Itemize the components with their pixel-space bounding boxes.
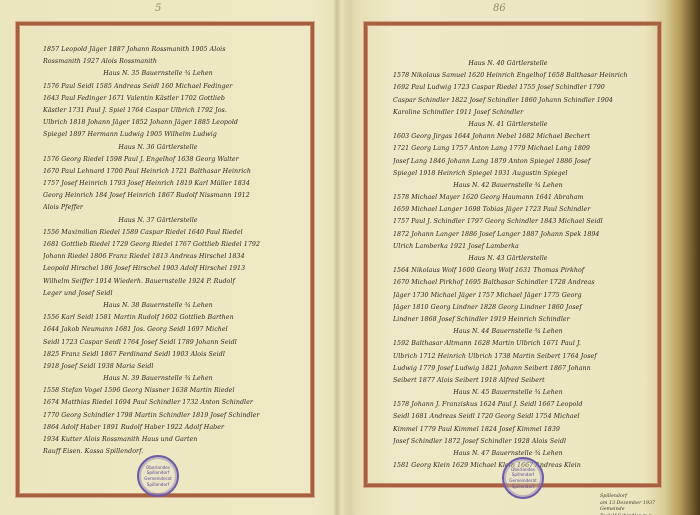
owner-entry-line: 1770 Georg Schindler 1798 Martin Schindl… <box>43 410 303 422</box>
owner-entry-line: 1674 Matthias Riedel 1694 Paul Schindler… <box>43 397 303 409</box>
owner-entry-line: Karoline Schindler 1911 Josef Schindler <box>393 107 653 119</box>
owner-entry-line: 1576 Georg Riedel 1598 Paul J. Engelhof … <box>43 154 303 166</box>
house-heading: Haus N. 43 Gärtlerstelle <box>393 253 653 265</box>
owner-entry-line: 1556 Karl Seidl 1581 Martin Rudolf 1602 … <box>43 312 303 324</box>
owner-entry-line: Jäger 1810 Georg Lindner 1828 Georg Lind… <box>393 302 653 314</box>
book-gutter <box>333 0 341 515</box>
house-heading: Haus N. 37 Gärtlerstelle <box>43 215 303 227</box>
owner-entry-line: 1721 Georg Lang 1757 Anton Lang 1779 Mic… <box>393 143 653 155</box>
owner-entry-line: Lindner 1868 Josef Schindler 1919 Heinri… <box>393 314 653 326</box>
owner-entry-line: 1592 Balthasar Altmann 1628 Martin Ulbri… <box>393 338 653 350</box>
owner-entry-line: Ulbrich 1818 Johann Jäger 1852 Johann Jä… <box>43 117 303 129</box>
owner-entry-line: 1659 Michael Langer 1698 Tobias Jäger 17… <box>393 204 653 216</box>
owner-entry-line: Rauff Eisen. Kassa Spillendorf. <box>43 446 303 458</box>
house-heading: Haus N. 44 Bauernstelle ¾ Lehen <box>393 326 653 338</box>
owner-entry-line: Spiegel 1918 Heinrich Spiegel 1931 Augus… <box>393 168 653 180</box>
owner-entry-line: 1576 Paul Seidl 1585 Andreas Seidl 160 M… <box>43 81 303 93</box>
left-page-text: 1857 Leopold Jäger 1887 Johann Rossmanit… <box>43 44 303 458</box>
owner-entry-line: 1670 Michael Pirkhof 1695 Balthasar Schi… <box>393 277 653 289</box>
house-heading: Haus N. 38 Bauernstelle ¾ Lehen <box>43 300 303 312</box>
house-heading: Haus N. 40 Gärtlerstelle <box>393 58 653 70</box>
owner-entry-line: 1564 Nikolaus Wolf 1600 Georg Wolf 1631 … <box>393 265 653 277</box>
owner-entry-line: 1825 Franz Seidl 1867 Ferdinand Seidl 19… <box>43 349 303 361</box>
owner-entry-line: Rossmanith 1927 Alois Rossmanith <box>43 56 303 68</box>
house-heading: Haus N. 41 Gärtlerstelle <box>393 119 653 131</box>
owner-entry-line: Jäger 1730 Michael Jäger 1757 Michael Jä… <box>393 290 653 302</box>
owner-entry-line: Spiegel 1897 Hermann Ludwig 1905 Wilhelm… <box>43 129 303 141</box>
owner-entry-line: 1757 Paul J. Schindler 1797 Georg Schind… <box>393 216 653 228</box>
left-page-number: 5 <box>155 3 161 14</box>
owner-entry-line: Wilhelm Seiffer 1914 Wiederh. Bauernstel… <box>43 276 303 288</box>
right-page-text: Haus N. 40 Gärtlerstelle1578 Nikolaus Sa… <box>393 58 653 472</box>
owner-entry-line: Josef Lang 1846 Johann Lang 1879 Anton S… <box>393 156 653 168</box>
owner-entry-line: Leopold Hirschel 186 Josef Hirschel 1903… <box>43 263 303 275</box>
owner-entry-line: 1603 Georg Jirgas 1644 Johann Nebel 1682… <box>393 131 653 143</box>
owner-entry-line: Kimmel 1779 Paul Kimmel 1824 Josef Kimme… <box>393 424 653 436</box>
owner-entry-line: 1578 Nikolaus Samuel 1620 Heinrich Engel… <box>393 70 653 82</box>
owner-entry-line: Ulbrich 1712 Heinrich Ulbrich 1738 Marti… <box>393 351 653 363</box>
owner-entry-line: Johann Riedel 1806 Franz Riedel 1813 And… <box>43 251 303 263</box>
owner-entry-line: 1578 Michael Mayer 1620 Georg Haumann 16… <box>393 192 653 204</box>
owner-entry-line: Caspar Schindler 1822 Josef Schindler 18… <box>393 95 653 107</box>
owner-entry-line: Kästler 1731 Paul J. Spiel 1764 Caspar U… <box>43 105 303 117</box>
owner-entry-line: Josef Schindler 1872 Josef Schindler 192… <box>393 436 653 448</box>
right-page-number: 86 <box>493 3 506 14</box>
stamp-text: Spillendorf <box>512 484 534 490</box>
owner-entry-line: 1757 Josef Heinrich 1793 Josef Heinrich … <box>43 178 303 190</box>
document-spread: 5 86 1857 Leopold Jäger 1887 Johann Ross… <box>0 0 700 515</box>
owner-entry-line: 1558 Stefan Vogel 1596 Georg Nissner 163… <box>43 385 303 397</box>
owner-entry-line: 1692 Paul Ludwig 1723 Caspar Riedel 1755… <box>393 82 653 94</box>
stamp-text: Spillendorf <box>147 482 169 488</box>
owner-entry-line: 1934 Kutter Alois Rossmanith Haus und Ga… <box>43 434 303 446</box>
owner-entry-line: Seidl 1681 Andreas Seidl 1720 Georg Seid… <box>393 411 653 423</box>
owner-entry-line: 1857 Leopold Jäger 1887 Johann Rossmanit… <box>43 44 303 56</box>
house-heading: Haus N. 39 Bauernstelle ¾ Lehen <box>43 373 303 385</box>
house-heading: Haus N. 36 Gärtlerstelle <box>43 142 303 154</box>
owner-entry-line: 1670 Paul Lehnard 1700 Paul Heinrich 172… <box>43 166 303 178</box>
owner-entry-line: 1556 Maximilian Riedel 1589 Caspar Riede… <box>43 227 303 239</box>
left-page-stamp: OberlandesSpillendorfGemeinderatSpillend… <box>137 455 179 497</box>
owner-entry-line: Georg Heinrich 184 Josef Heinrich 1867 R… <box>43 190 303 202</box>
owner-entry-line: 1578 Johann J. Franziskus 1624 Paul J. S… <box>393 399 653 411</box>
owner-entry-line: Leger und Josef Seidl <box>43 288 303 300</box>
house-heading: Haus N. 45 Bauernstelle ¾ Lehen <box>393 387 653 399</box>
margin-signature-note: Spillendorfam 13 Dezember 1937GemeindeRu… <box>600 494 655 515</box>
house-heading: Haus N. 35 Bauernstelle ¾ Lehen <box>43 68 303 80</box>
house-heading: Haus N. 42 Bauernstelle ¾ Lehen <box>393 180 653 192</box>
right-page-stamp: OberlandesSpillendorfGemeinderatSpillend… <box>502 457 544 499</box>
owner-entry-line: Seidl 1723 Caspar Seidl 1764 Josef Seidl… <box>43 337 303 349</box>
owner-entry-line: 1644 Jakob Neumann 1681 Jos. Georg Seidl… <box>43 324 303 336</box>
owner-entry-line: Ulrich Lamberka 1921 Josef Lamberka <box>393 241 653 253</box>
owner-entry-line: 1872 Johann Langer 1886 Josef Langer 188… <box>393 229 653 241</box>
owner-entry-line: 1643 Paul Fedinger 1671 Valentin Kästler… <box>43 93 303 105</box>
owner-entry-line: Seibert 1877 Alois Seibert 1918 Alfred S… <box>393 375 653 387</box>
owner-entry-line: Alois Pfeffer <box>43 202 303 214</box>
owner-entry-line: 1681 Gottlieb Riedel 1729 Georg Riedel 1… <box>43 239 303 251</box>
owner-entry-line: 1864 Adolf Haber 1891 Rudolf Haber 1922 … <box>43 422 303 434</box>
owner-entry-line: 1918 Josef Seidl 1938 Maria Seidl <box>43 361 303 373</box>
owner-entry-line: Ludwig 1779 Josef Ludwig 1821 Johann Sei… <box>393 363 653 375</box>
